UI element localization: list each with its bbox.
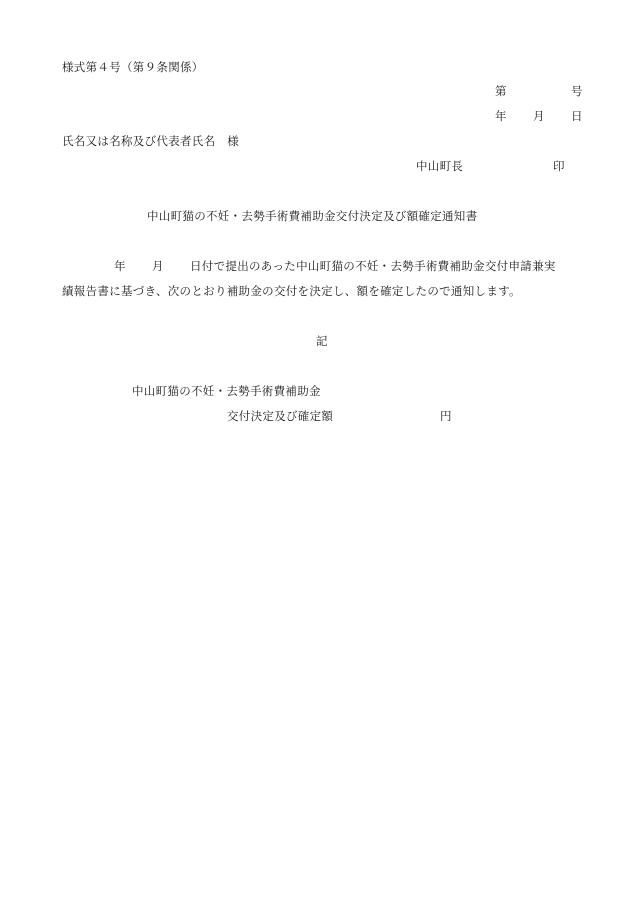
body-date-year: 年 (114, 259, 126, 273)
seal-mark: 印 (553, 159, 565, 173)
date-year-label: 年 (495, 109, 507, 123)
subsidy-item-name: 中山町猫の不妊・去勢手術費補助金 (132, 384, 321, 398)
subsidy-amount-unit: 円 (440, 409, 452, 423)
body-line-2: 績報告書に基づき、次のとおり補助金の交付を決定し、額を確定したので通知します。 (62, 284, 521, 298)
recipient-line: 氏名又は名称及び代表者氏名 様 (62, 134, 239, 148)
ki-heading: 記 (316, 334, 328, 348)
date-day-label: 日 (571, 109, 583, 123)
subsidy-amount-label: 交付決定及び確定額 (227, 409, 333, 423)
document-title: 中山町猫の不妊・去勢手術費補助金交付決定及び額確定通知書 (147, 209, 477, 223)
date-month-label: 月 (533, 109, 545, 123)
issuer-name: 中山町長 (416, 159, 463, 173)
form-label: 様式第４号（第９条関係） (62, 60, 204, 74)
ref-number-suffix: 号 (571, 84, 583, 98)
ref-number-prefix: 第 (495, 84, 507, 98)
body-date-month: 月 (152, 259, 164, 273)
body-line-1: 日付で提出のあった中山町猫の不妊・去勢手術費補助金交付申請兼実 (190, 259, 556, 273)
